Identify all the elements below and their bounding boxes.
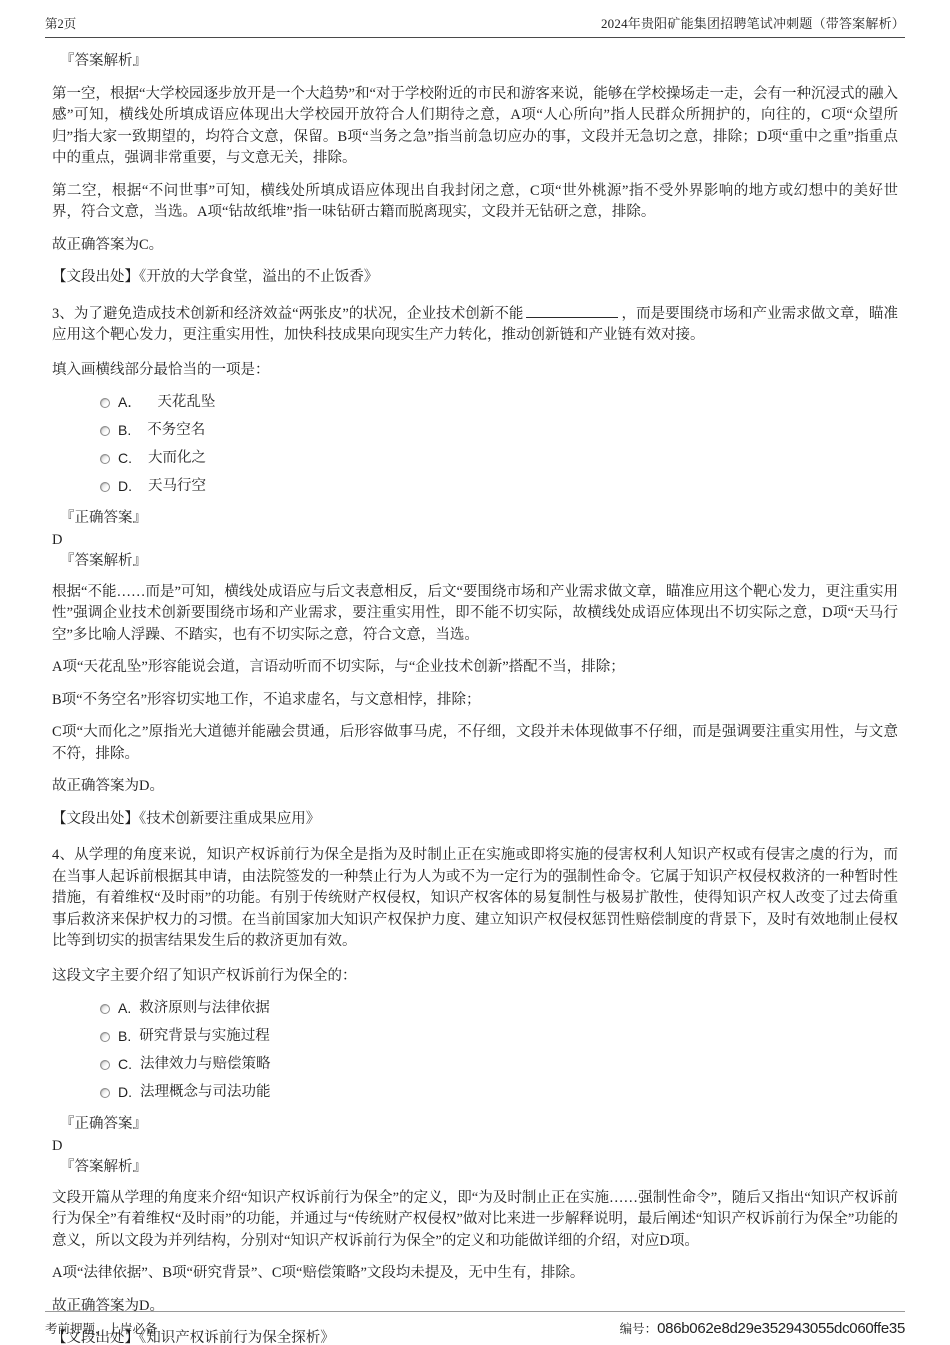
option-text: 大而化之 bbox=[148, 448, 206, 470]
analysis-paragraph: 第二空，根据“不问世事”可知，横线处所填成语应体现出自我封闭之意，C项“世外桃源… bbox=[52, 181, 898, 224]
analysis-paragraph: C项“大而化之”原指光大道德并能融会贯通，后形容做事马虎，不仔细，文段并未体现做… bbox=[52, 722, 898, 765]
question-4-options: A. 救济原则与法律依据 B. 研究背景与实施过程 C. 法律效力与赔偿策略 D… bbox=[52, 995, 898, 1107]
document-id: 编号：086b062e8d29e352943055dc060ffe35 bbox=[620, 1319, 905, 1337]
option-text: 天花乱坠 bbox=[157, 392, 215, 414]
option-letter: A. bbox=[118, 998, 131, 1020]
question-3-options: A． 天花乱坠 B. 不务空名 C. 大而化之 D. 天马行空 bbox=[52, 389, 898, 501]
option-text: 研究背景与实施过程 bbox=[139, 1026, 270, 1048]
q4-option-b[interactable]: B. 研究背景与实施过程 bbox=[52, 1023, 898, 1051]
option-letter: B. bbox=[118, 1026, 131, 1048]
q3-answer-block: 『正确答案』 D 『答案解析』 bbox=[52, 508, 898, 573]
radio-button-icon[interactable] bbox=[100, 1032, 110, 1042]
option-text: 法理概念与司法功能 bbox=[140, 1082, 271, 1104]
question-3-stem: 3、为了避免造成技术创新和经济效益“两张皮”的状况，企业技术创新不能，而是要围绕… bbox=[52, 304, 898, 347]
option-text: 法律效力与赔偿策略 bbox=[140, 1054, 271, 1076]
correct-answer-label: 『正确答案』 bbox=[52, 1114, 898, 1136]
q3-option-a[interactable]: A． 天花乱坠 bbox=[52, 389, 898, 417]
document-id-value: 086b062e8d29e352943055dc060ffe35 bbox=[657, 1320, 905, 1337]
question-3-prompt: 填入画横线部分最恰当的一项是： bbox=[52, 360, 898, 382]
answer-analysis-label: 『答案解析』 bbox=[52, 1157, 898, 1179]
radio-button-icon[interactable] bbox=[100, 1004, 110, 1014]
analysis-paragraph: A项“天花乱坠”形容能说会道，言语动听而不切实际，与“企业技术创新”搭配不当，排… bbox=[52, 657, 898, 679]
page-footer: 考前押题，上岸必备 编号：086b062e8d29e352943055dc060… bbox=[45, 1311, 905, 1337]
radio-button-icon[interactable] bbox=[100, 482, 110, 492]
document-page: 第2页 2024年贵阳矿能集团招聘笔试冲刺题（带答案解析） 『答案解析』 第一空… bbox=[0, 0, 950, 1345]
q4-answer-block: 『正确答案』 D 『答案解析』 bbox=[52, 1114, 898, 1179]
question-4-stem: 4、从学理的角度来说，知识产权诉前行为保全是指为及时制止正在实施或即将实施的侵害… bbox=[52, 845, 898, 953]
option-letter: A． bbox=[118, 392, 141, 414]
q3-option-b[interactable]: B. 不务空名 bbox=[52, 417, 898, 445]
document-title: 2024年贵阳矿能集团招聘笔试冲刺题（带答案解析） bbox=[601, 13, 905, 32]
correct-answer-value: D bbox=[52, 530, 898, 552]
question-3-stem-text: 3、为了避免造成技术创新和经济效益“两张皮”的状况，企业技术创新不能 bbox=[52, 306, 523, 322]
radio-button-icon[interactable] bbox=[100, 1060, 110, 1070]
analysis-paragraph: 根据“不能……而是”可知，横线处成语应与后文表意相反，后文“要围绕市场和产业需求… bbox=[52, 582, 898, 647]
correct-answer-value: D bbox=[52, 1136, 898, 1158]
option-text: 救济原则与法律依据 bbox=[139, 998, 270, 1020]
correct-answer-label: 『正确答案』 bbox=[52, 508, 898, 530]
blank-underline bbox=[526, 304, 618, 318]
q3-option-c[interactable]: C. 大而化之 bbox=[52, 445, 898, 473]
option-letter: C. bbox=[118, 448, 132, 470]
page-content: 『答案解析』 第一空，根据“大学校园逐步放开是一个大趋势”和“对于学校附近的市民… bbox=[0, 51, 950, 1345]
conclusion-text: 故正确答案为D。 bbox=[52, 776, 898, 798]
source-reference: 【文段出处】《技术创新要注重成果应用》 bbox=[52, 809, 898, 831]
radio-button-icon[interactable] bbox=[100, 1088, 110, 1098]
option-text: 不务空名 bbox=[147, 420, 205, 442]
source-reference: 【文段出处】《开放的大学食堂，溢出的不止饭香》 bbox=[52, 267, 898, 289]
option-letter: C. bbox=[118, 1054, 132, 1076]
option-letter: D. bbox=[118, 476, 132, 498]
answer-analysis-label: 『答案解析』 bbox=[52, 51, 898, 73]
analysis-paragraph: B项“不务空名”形容切实地工作，不追求虚名，与文意相悖，排除； bbox=[52, 690, 898, 712]
analysis-paragraph: 第一空，根据“大学校园逐步放开是一个大趋势”和“对于学校附近的市民和游客来说，能… bbox=[52, 84, 898, 170]
analysis-paragraph: 文段开篇从学理的角度来介绍“知识产权诉前行为保全”的定义，即“为及时制止正在实施… bbox=[52, 1188, 898, 1253]
radio-button-icon[interactable] bbox=[100, 454, 110, 464]
q4-option-a[interactable]: A. 救济原则与法律依据 bbox=[52, 995, 898, 1023]
question-4-prompt: 这段文字主要介绍了知识产权诉前行为保全的： bbox=[52, 966, 898, 988]
option-text: 天马行空 bbox=[148, 476, 206, 498]
conclusion-text: 故正确答案为C。 bbox=[52, 235, 898, 257]
footer-slogan: 考前押题，上岸必备 bbox=[45, 1319, 158, 1337]
q4-option-c[interactable]: C. 法律效力与赔偿策略 bbox=[52, 1051, 898, 1079]
q4-option-d[interactable]: D. 法理概念与司法功能 bbox=[52, 1079, 898, 1107]
document-id-label: 编号： bbox=[620, 1322, 658, 1336]
answer-analysis-label: 『答案解析』 bbox=[52, 551, 898, 573]
option-letter: D. bbox=[118, 1082, 132, 1104]
page-number: 第2页 bbox=[45, 14, 76, 32]
page-header: 第2页 2024年贵阳矿能集团招聘笔试冲刺题（带答案解析） bbox=[45, 13, 905, 38]
radio-button-icon[interactable] bbox=[100, 426, 110, 436]
q3-option-d[interactable]: D. 天马行空 bbox=[52, 473, 898, 501]
radio-button-icon[interactable] bbox=[100, 398, 110, 408]
analysis-paragraph: A项“法律依据”、B项“研究背景”、C项“赔偿策略”文段均未提及，无中生有，排除… bbox=[52, 1263, 898, 1285]
option-letter: B. bbox=[118, 420, 131, 442]
